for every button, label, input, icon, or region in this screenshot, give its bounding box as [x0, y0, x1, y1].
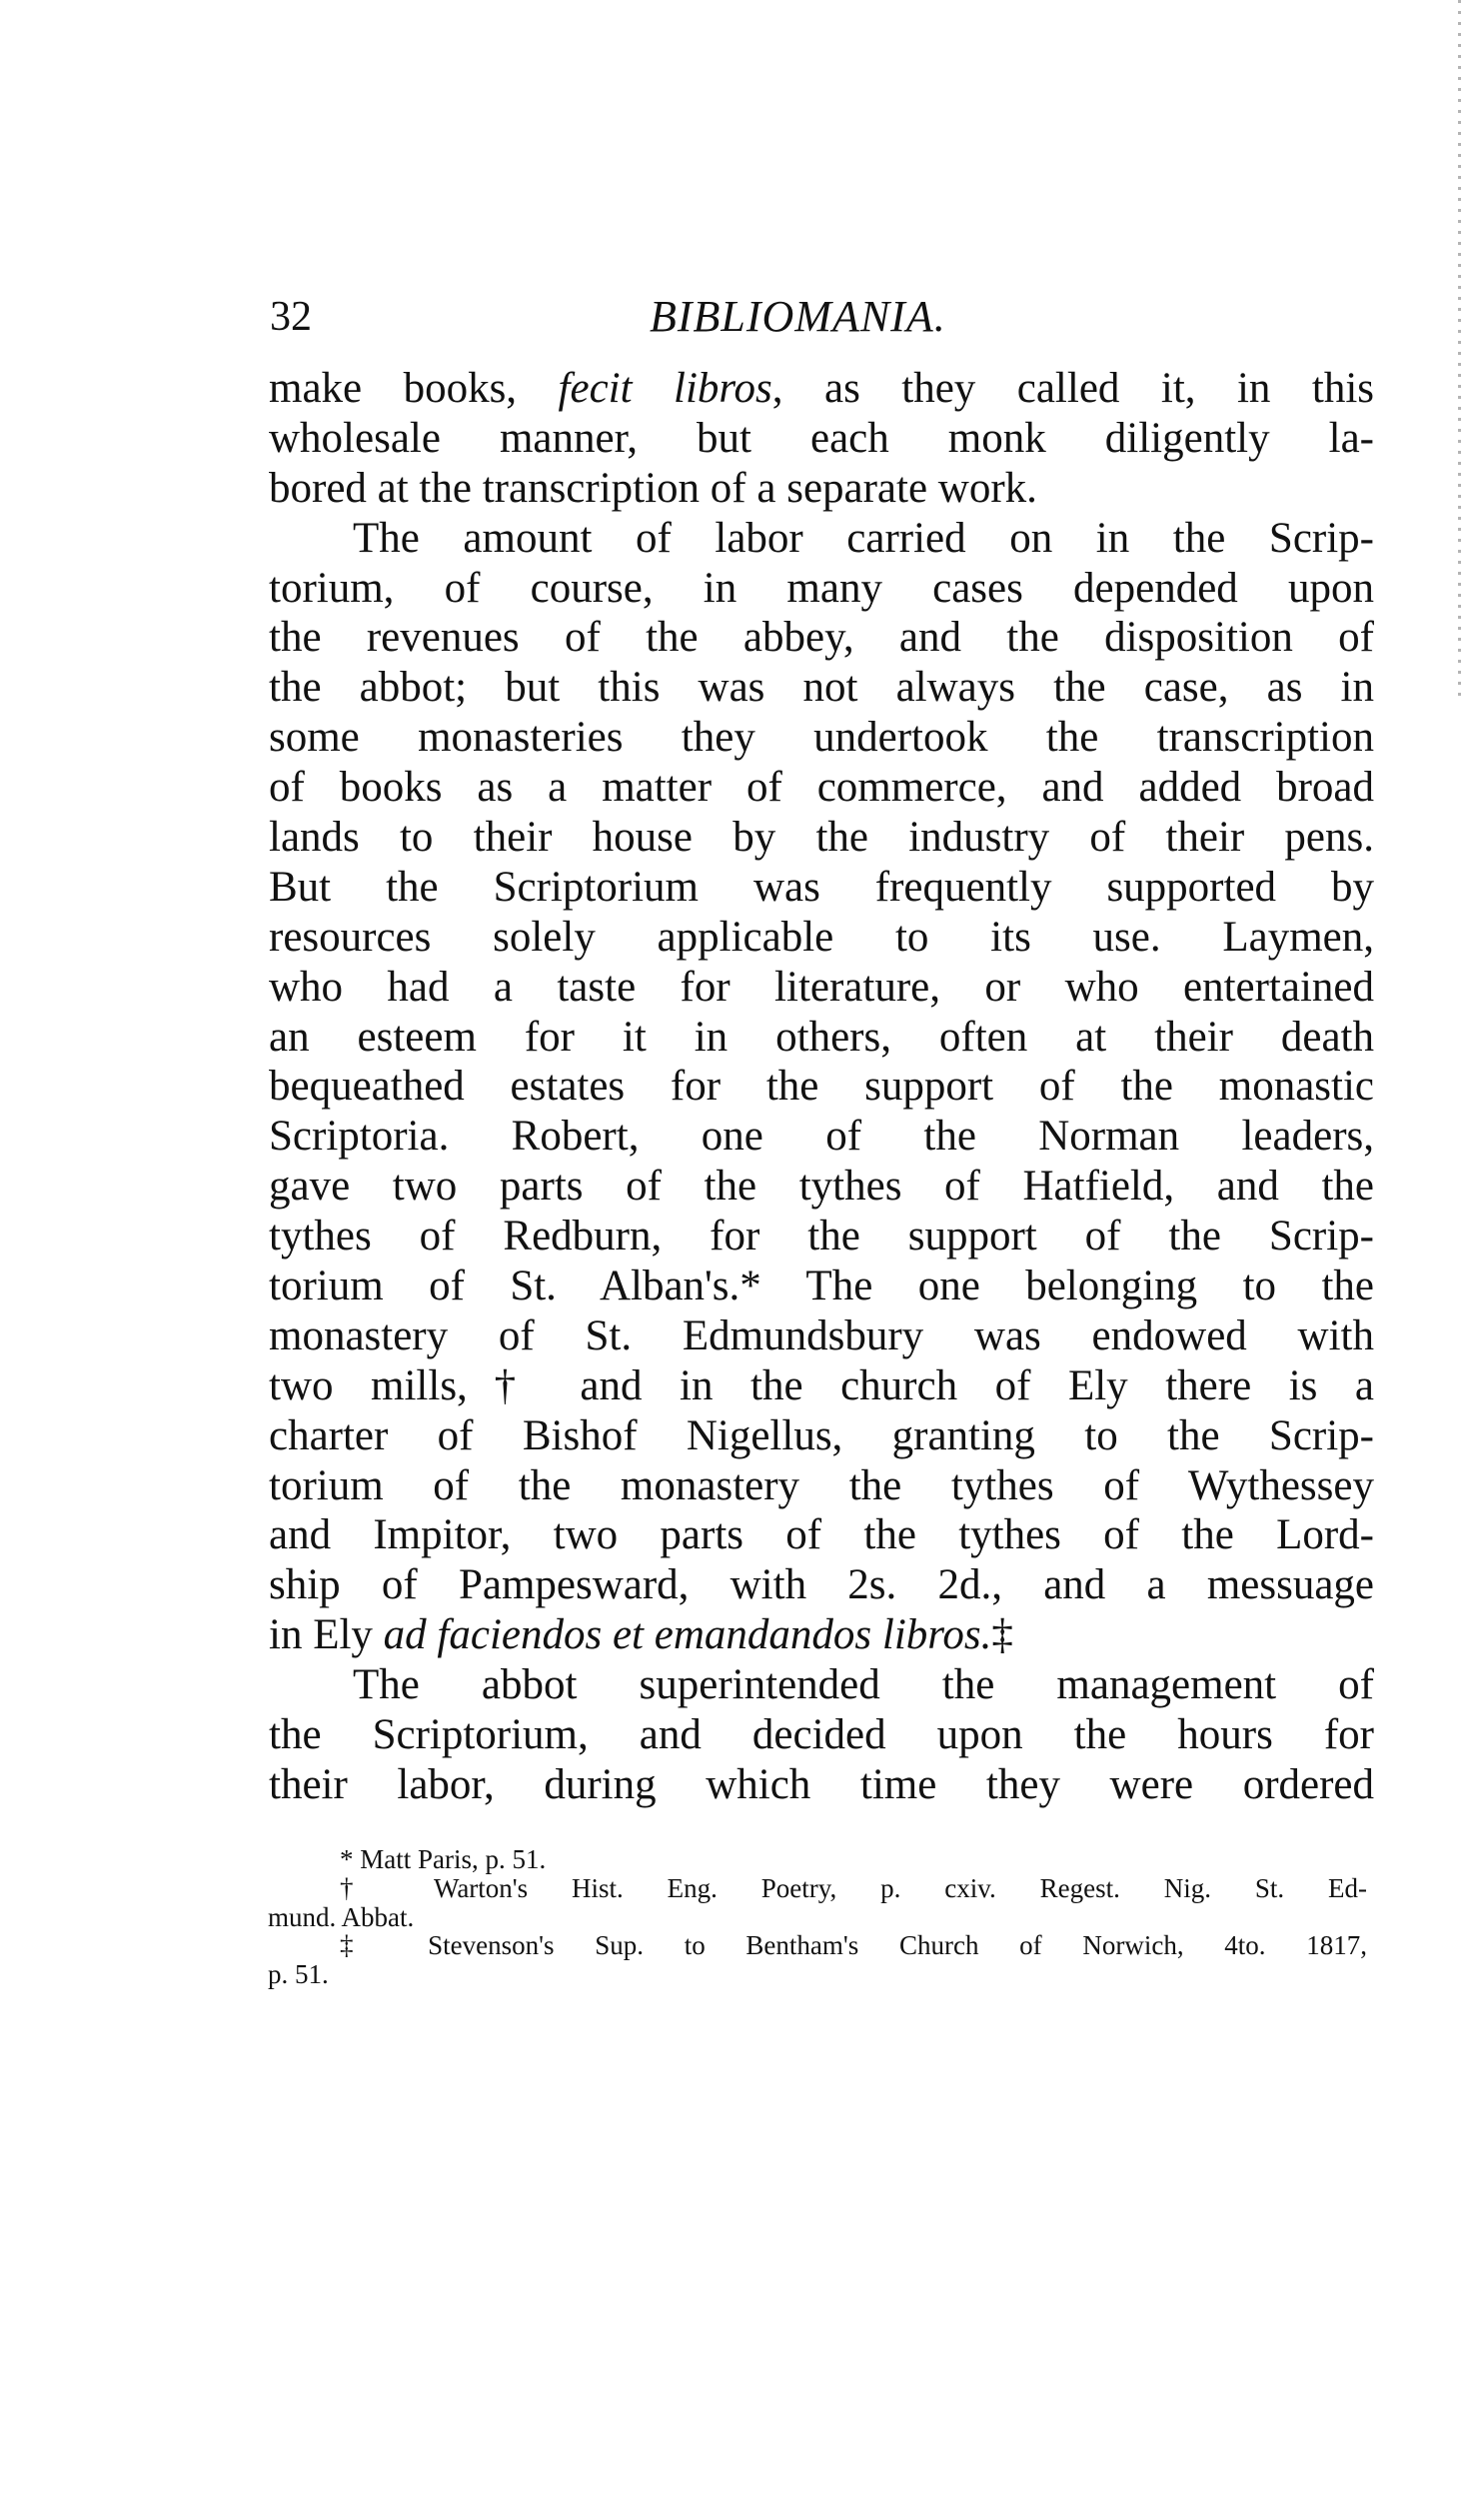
body-line: their labor, during which time they were…: [269, 1760, 1374, 1810]
scan-edge-artifact: [1458, 0, 1461, 700]
body-line: monastery of St. Edmundsbury was endowed…: [269, 1311, 1374, 1361]
body-line: in Ely ad faciendos et emandandos libros…: [269, 1610, 1374, 1660]
body-line: two mills,† and in the church of Ely the…: [269, 1361, 1374, 1411]
body-line: tythes of Redburn, for the support of th…: [269, 1212, 1374, 1261]
body-line: the abbot; but this was not always the c…: [269, 663, 1374, 713]
italic-latin: fecit libros: [559, 365, 772, 412]
running-title: BIBLIOMANIA.: [650, 296, 1009, 338]
italic-latin: ad faciendos et emandandos libros.: [384, 1611, 992, 1658]
body-line: charter of Bishof Nigellus, granting to …: [269, 1411, 1374, 1461]
body-line: make books, fecit libros, as they called…: [269, 364, 1374, 414]
footnote-line: ‡ Stevenson's Sup. to Bentham's Church o…: [268, 1931, 1367, 1960]
body-line: some monasteries they undertook the tran…: [269, 713, 1374, 763]
page-number: 32: [270, 296, 312, 338]
body-line: bored at the transcription of a separate…: [269, 464, 1374, 514]
body-line: the revenues of the abbey, and the dispo…: [269, 613, 1374, 663]
body-line: bequeathed estates for the support of th…: [269, 1062, 1374, 1112]
body-line: Scriptoria. Robert, one of the Norman le…: [269, 1112, 1374, 1162]
body-line: The abbot superintended the management o…: [269, 1660, 1374, 1710]
footnote-line: * Matt Paris, p. 51.: [268, 1845, 1367, 1874]
body-line: who had a taste for literature, or who e…: [269, 963, 1374, 1013]
body-line: the Scriptorium, and decided upon the ho…: [269, 1710, 1374, 1760]
footnote-line: p. 51.: [268, 1960, 1367, 1989]
body-line: The amount of labor carried on in the Sc…: [269, 514, 1374, 564]
body-line: resources solely applicable to its use. …: [269, 913, 1374, 963]
footnotes: * Matt Paris, p. 51. † Warton's Hist. En…: [268, 1845, 1367, 1989]
body-line: ship of Pampesward, with 2s. 2d., and a …: [269, 1560, 1374, 1610]
body-line: gave two parts of the tythes of Hatfield…: [269, 1162, 1374, 1212]
body-line: torium of the monastery the tythes of Wy…: [269, 1461, 1374, 1511]
footnote-line: † Warton's Hist. Eng. Poetry, p. cxiv. R…: [268, 1874, 1367, 1903]
body-text: make books, fecit libros, as they called…: [269, 364, 1374, 1810]
body-line: an esteem for it in others, often at the…: [269, 1013, 1374, 1063]
body-line: and Impitor, two parts of the tythes of …: [269, 1510, 1374, 1560]
body-line: torium of St. Alban's.* The one belongin…: [269, 1261, 1374, 1311]
body-line: torium, of course, in many cases depende…: [269, 564, 1374, 614]
body-line: lands to their house by the industry of …: [269, 813, 1374, 863]
body-line: But the Scriptorium was frequently suppo…: [269, 863, 1374, 913]
body-line: wholesale manner, but each monk diligent…: [269, 414, 1374, 464]
footnote-line: mund. Abbat.: [268, 1903, 1367, 1932]
book-page: 32 BIBLIOMANIA. make books, fecit libros…: [0, 0, 1465, 2520]
body-line: of books as a matter of commerce, and ad…: [269, 763, 1374, 813]
